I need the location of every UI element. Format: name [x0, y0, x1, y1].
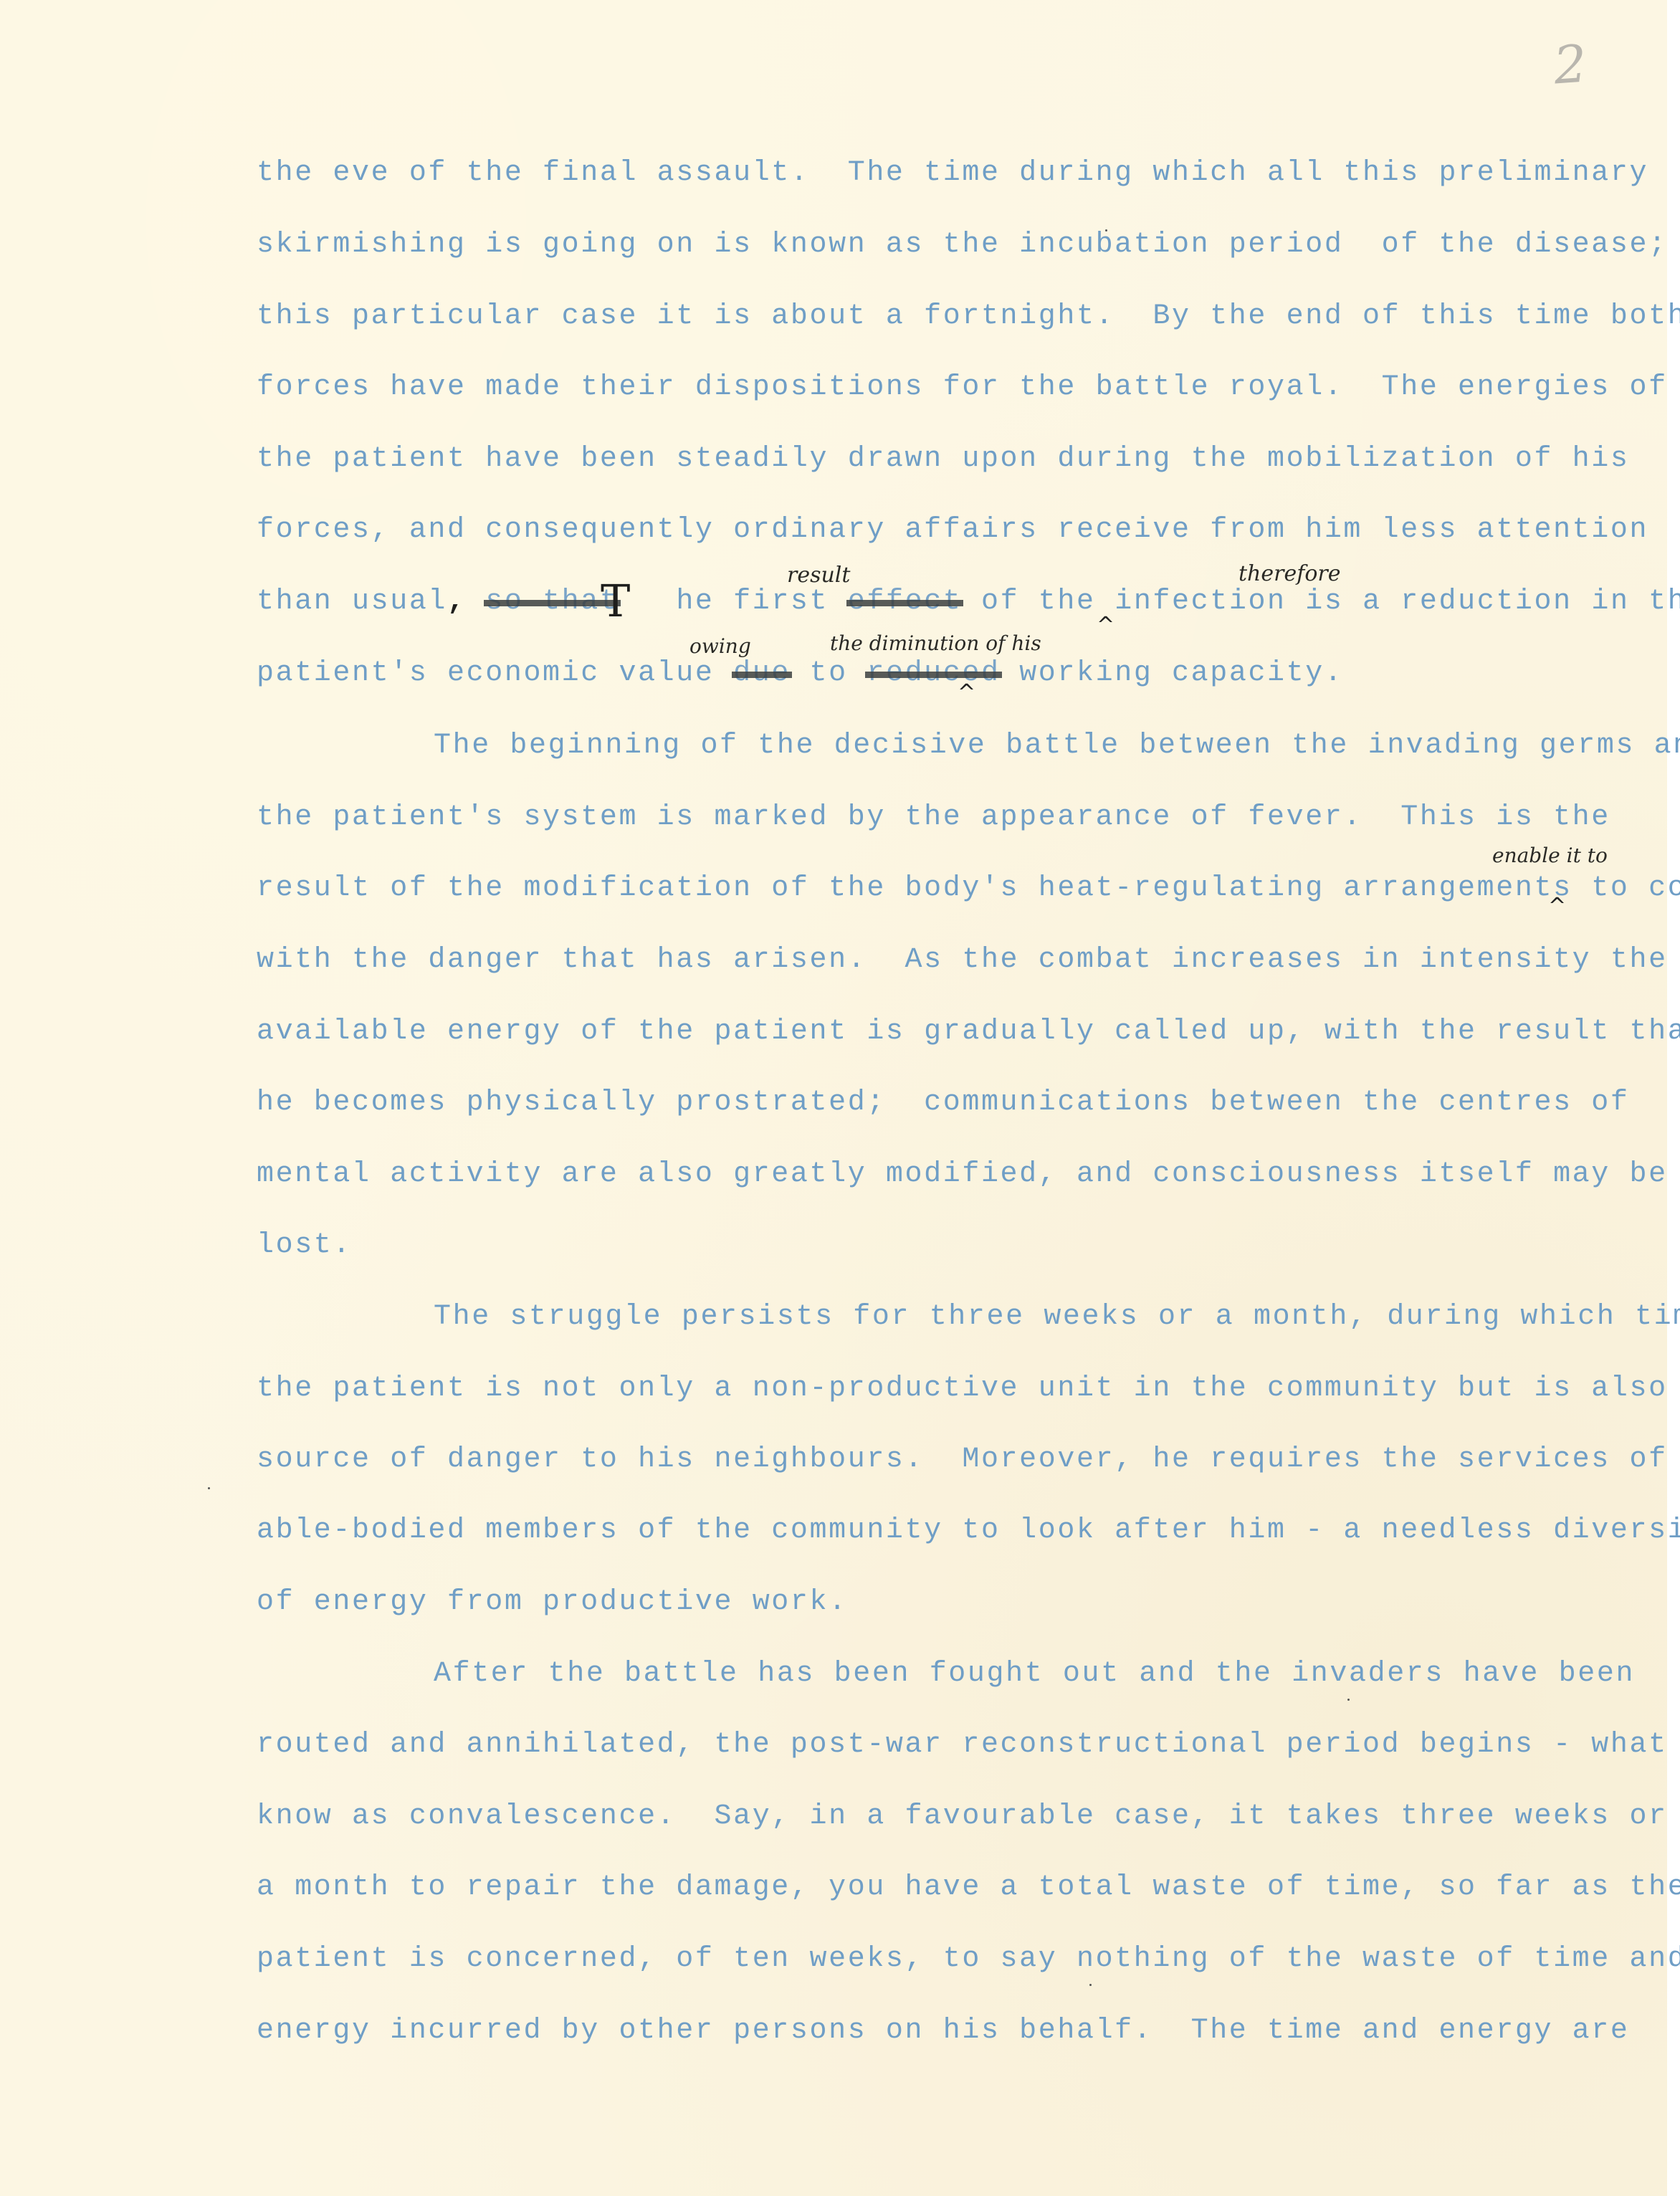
text-line-8-edited: patient's economic value due to reduced …	[257, 659, 1343, 688]
text-line-7-edited: than usual, so that he first effect of t…	[257, 588, 1680, 616]
text-line-25: a month to repair the damage, you have a…	[257, 1873, 1680, 1902]
text-line-13: available energy of the patient is gradu…	[257, 1018, 1680, 1046]
inserted-comma: ,	[447, 586, 467, 618]
text-line-23: routed and annihilated, the post-war rec…	[257, 1731, 1680, 1760]
struck-text-reduced: reduced	[867, 657, 1000, 689]
annotation-result: result	[787, 565, 850, 586]
text-line-3: this particular case it is about a fortn…	[257, 302, 1680, 331]
annotation-enable-it-to: enable it to	[1492, 846, 1608, 866]
paper-speck	[1347, 1699, 1350, 1701]
text-line-19: source of danger to his neighbours. More…	[257, 1446, 1668, 1474]
text-segment: than usual	[257, 586, 447, 618]
text-line-9: The beginning of the decisive battle bet…	[434, 732, 1680, 760]
struck-text-so-that: so that	[485, 586, 619, 618]
text-line-2: skirmishing is going on is known as the …	[257, 231, 1680, 259]
text-line-6: forces, and consequently ordinary affair…	[257, 516, 1648, 545]
insertion-caret-icon: ^	[1548, 896, 1566, 917]
text-line-17: The struggle persists for three weeks or…	[434, 1303, 1680, 1332]
struck-text-effect: effect	[848, 586, 963, 618]
text-line-11: result of the modification of the body's…	[257, 874, 1680, 903]
text-line-12: with the danger that has arisen. As the …	[257, 946, 1668, 975]
text-line-16: lost.	[257, 1231, 352, 1260]
paper-speck	[208, 1487, 210, 1489]
text-line-1: the eve of the final assault. The time d…	[257, 159, 1648, 188]
insertion-caret-icon: ^	[1097, 615, 1115, 636]
paper-speck	[1105, 229, 1107, 231]
text-line-24: know as convalescence. Say, in a favoura…	[257, 1803, 1668, 1831]
text-segment: he first	[676, 586, 829, 618]
paper-speck	[1089, 1984, 1092, 1986]
text-segment: to	[810, 657, 848, 689]
annotation-therefore: therefore	[1238, 563, 1341, 585]
text-segment: a reduction in the	[1343, 586, 1680, 618]
insertion-caret-icon: ^	[958, 682, 975, 704]
page-number: 2	[1552, 34, 1589, 96]
text-line-26: patient is concerned, of ten weeks, to s…	[257, 1945, 1680, 1974]
text-line-20: able-bodied members of the community to …	[257, 1517, 1680, 1545]
text-segment: of the infection is	[981, 586, 1343, 618]
text-line-18: the patient is not only a non-productive…	[257, 1375, 1680, 1403]
text-segment: working capacity.	[1001, 657, 1344, 689]
text-line-5: the patient have been steadily drawn upo…	[257, 445, 1629, 474]
text-line-22: After the battle has been fought out and…	[434, 1660, 1635, 1689]
text-segment: patient's economic value	[257, 657, 715, 689]
text-line-15: mental activity are also greatly modifie…	[257, 1160, 1668, 1189]
annotation-the-diminution-of-his: the diminution of his	[830, 634, 1041, 654]
text-line-14: he becomes physically prostrated; commun…	[257, 1089, 1629, 1117]
text-line-27: energy incurred by other persons on his …	[257, 2017, 1629, 2045]
struck-text-due: due	[733, 657, 791, 689]
annotation-owing: owing	[689, 636, 751, 657]
handwritten-capital-T: T	[601, 579, 630, 624]
typescript-page: 2 the eve of the final assault. The time…	[0, 0, 1680, 2196]
text-line-10: the patient's system is marked by the ap…	[257, 803, 1610, 832]
text-line-4: forces have made their dispositions for …	[257, 373, 1668, 402]
text-line-21: of energy from productive work.	[257, 1588, 848, 1617]
